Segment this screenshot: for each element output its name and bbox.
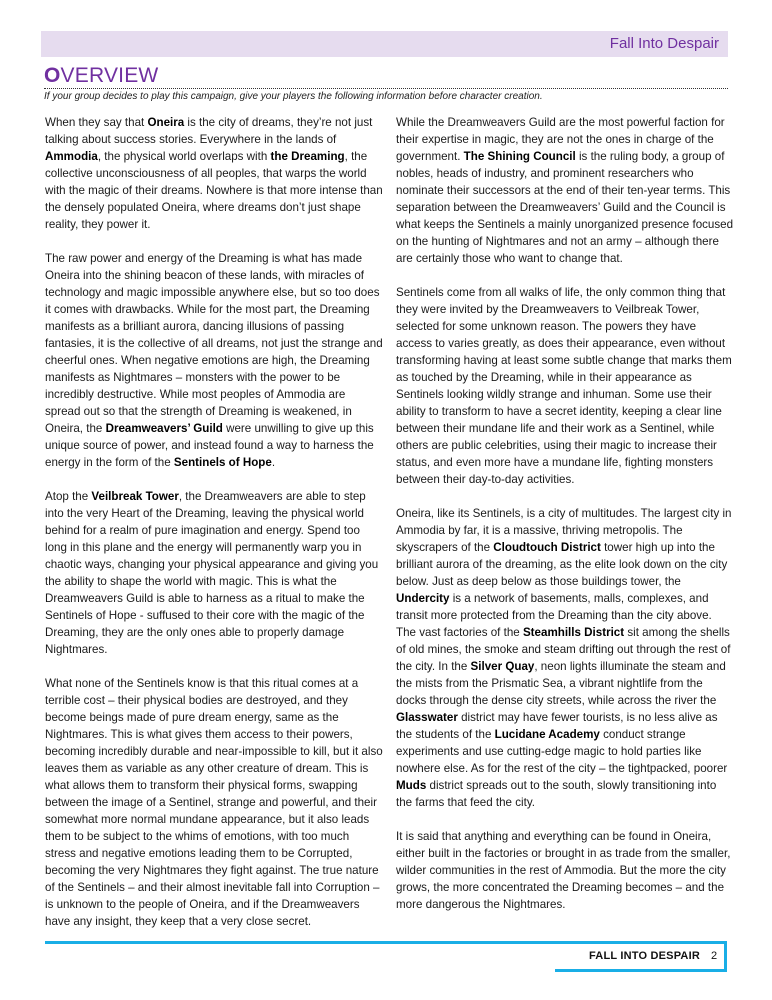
footer-bottom-rule — [555, 969, 727, 972]
intro-note: If your group decides to play this campa… — [44, 91, 543, 102]
paragraph: Oneira, like its Sentinels, is a city of… — [396, 505, 734, 811]
bold-term: Dreamweavers’ Guild — [106, 422, 223, 435]
page-number: 2 — [711, 950, 717, 962]
bold-term: Undercity — [396, 592, 449, 605]
text-run: . — [272, 456, 275, 469]
text-run: Sentinels come from all walks of life, t… — [396, 286, 732, 486]
bold-term: the Dreaming — [271, 150, 345, 163]
bold-term: Lucidane Academy — [495, 728, 600, 741]
footer-title: FALL INTO DESPAIR — [589, 950, 700, 962]
section-title: OVERVIEW — [44, 64, 158, 88]
text-run: When they say that — [45, 116, 147, 129]
paragraph: The raw power and energy of the Dreaming… — [45, 250, 383, 471]
paragraph: What none of the Sentinels know is that … — [45, 675, 383, 930]
bold-term: Oneira — [147, 116, 184, 129]
bold-term: Steamhills District — [523, 626, 624, 639]
right-column: While the Dreamweavers Guild are the mos… — [396, 114, 734, 930]
paragraph: It is said that anything and everything … — [396, 828, 734, 913]
bold-term: Sentinels of Hope — [174, 456, 272, 469]
text-run: , the Dreamweavers are able to step into… — [45, 490, 378, 656]
footer-right-rule — [724, 941, 727, 972]
bold-term: Silver Quay — [471, 660, 535, 673]
bold-term: Muds — [396, 779, 426, 792]
text-run: district spreads out to the south, slowl… — [396, 779, 716, 809]
text-run: The raw power and energy of the Dreaming… — [45, 252, 383, 435]
bold-term: The Shining Council — [464, 150, 576, 163]
text-run: is the ruling body, a group of nobles, h… — [396, 150, 733, 265]
text-run: It is said that anything and everything … — [396, 830, 730, 911]
paragraph: Sentinels come from all walks of life, t… — [396, 284, 734, 488]
running-header: Fall Into Despair — [41, 31, 728, 57]
bold-term: Veilbreak Tower — [91, 490, 178, 503]
paragraph: When they say that Oneira is the city of… — [45, 114, 383, 233]
footer-top-rule — [45, 941, 727, 944]
running-header-title: Fall Into Despair — [610, 35, 719, 52]
bold-term: Ammodia — [45, 150, 98, 163]
paragraph: Atop the Veilbreak Tower, the Dreamweave… — [45, 488, 383, 658]
paragraph: While the Dreamweavers Guild are the mos… — [396, 114, 734, 267]
text-run: Atop the — [45, 490, 91, 503]
left-column: When they say that Oneira is the city of… — [45, 114, 383, 947]
bold-term: Cloudtouch District — [493, 541, 601, 554]
text-run: , the physical world overlaps with — [98, 150, 271, 163]
dotted-divider — [44, 88, 728, 89]
text-run: What none of the Sentinels know is that … — [45, 677, 383, 928]
section-title-initial: O — [44, 64, 61, 87]
section-title-rest: VERVIEW — [61, 64, 159, 87]
bold-term: Glasswater — [396, 711, 458, 724]
